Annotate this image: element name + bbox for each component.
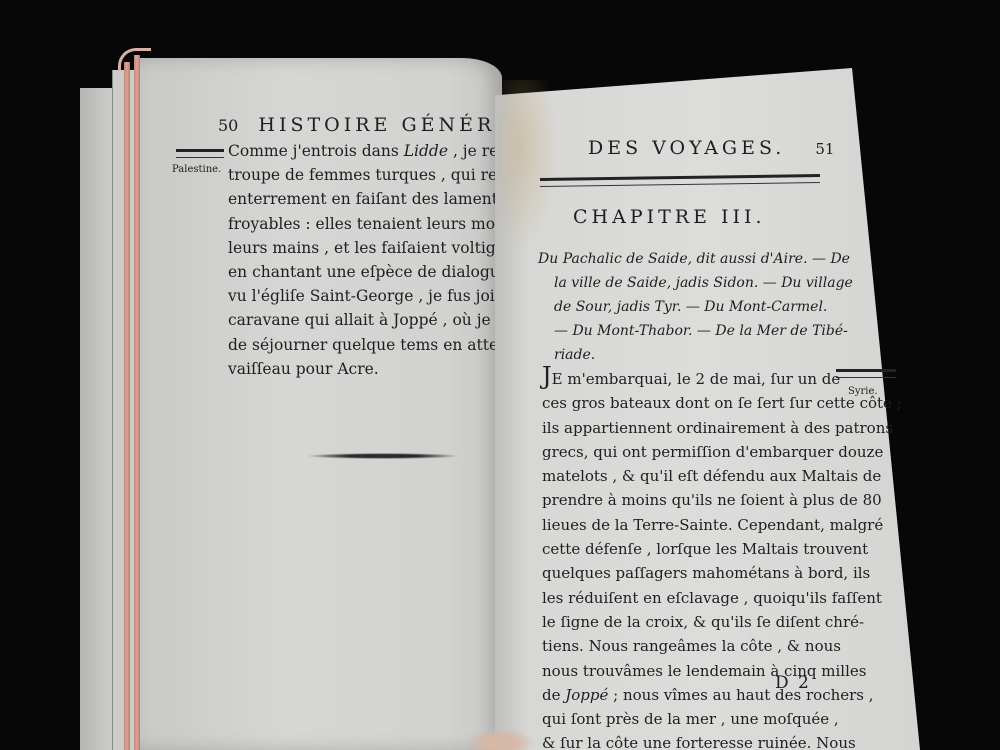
text-line: qui ſont près de la mer , une moſquée , bbox=[542, 707, 902, 731]
right-page-number: 51 bbox=[815, 140, 834, 158]
text-line: prendre à moins qu'ils ne ſoient à plus … bbox=[542, 488, 902, 512]
text-line: ces gros bateaux dont on ſe ſert ſur cet… bbox=[542, 391, 902, 415]
text-line: les réduiſent en eſclavage , quoiqu'ils … bbox=[542, 586, 902, 610]
signature-mark: D 2 bbox=[775, 673, 811, 693]
text-line: grecs, qui ont permiſſion d'embarquer do… bbox=[542, 440, 902, 464]
summary-line: — Du Mont-Thabor. — De la Mer de Tibé- bbox=[554, 319, 853, 343]
summary-line: la ville de Saide, jadis Sidon. — Du vil… bbox=[554, 271, 853, 295]
text-line: JE m'embarquai, le 2 de mai, ſur un de bbox=[542, 364, 902, 391]
text-line: matelots , & qu'il eſt défendu aux Malta… bbox=[542, 464, 902, 488]
text-line: nous trouvâmes le lendemain à cinq mille… bbox=[542, 659, 902, 683]
left-page-number: 50 bbox=[218, 116, 238, 135]
tailpiece-ornament bbox=[308, 453, 458, 459]
left-margin-note: Palestine. bbox=[172, 164, 221, 175]
right-page-body: JE m'embarquai, le 2 de mai, ſur un de c… bbox=[542, 364, 902, 750]
margin-rule-left bbox=[176, 149, 224, 158]
drop-cap: J bbox=[542, 362, 552, 390]
summary-line: Du Pachalic de Saide, dit aussi d'Aire. … bbox=[538, 247, 853, 271]
open-book-photo: 50 HISTOIRE GÉNÉRALE Palestine. Comme j'… bbox=[0, 0, 1000, 750]
right-running-title: DES VOYAGES. bbox=[588, 137, 785, 159]
right-running-head: DES VOYAGES. 51 bbox=[588, 137, 834, 159]
text-line: ils appartiennent ordinairement à des pa… bbox=[542, 416, 902, 440]
text-line: cette défenſe , lorſque les Maltais trou… bbox=[542, 537, 902, 561]
chapter-summary: Du Pachalic de Saide, dit aussi d'Aire. … bbox=[538, 247, 853, 367]
text-line: tiens. Nous rangeâmes la côte , & nous bbox=[542, 634, 902, 658]
text-line: le ſigne de la croix, & qu'ils ſe diſent… bbox=[542, 610, 902, 634]
text-line: lieues de la Terre-Sainte. Cependant, ma… bbox=[542, 513, 902, 537]
text-line: de Joppé ; nous vîmes au haut des rocher… bbox=[542, 683, 902, 707]
summary-line: de Sour, jadis Tyr. — Du Mont-Carmel. bbox=[554, 295, 853, 319]
foxing-stain bbox=[498, 80, 558, 250]
chapter-title: CHAPITRE III. bbox=[573, 206, 766, 228]
text-line: & ſur la côte une forteresse ruinée. Nou… bbox=[542, 731, 902, 750]
red-page-edge bbox=[124, 62, 130, 750]
text-line: quelques paſſagers mahométans à bord, il… bbox=[542, 561, 902, 585]
fingertip bbox=[465, 728, 535, 750]
